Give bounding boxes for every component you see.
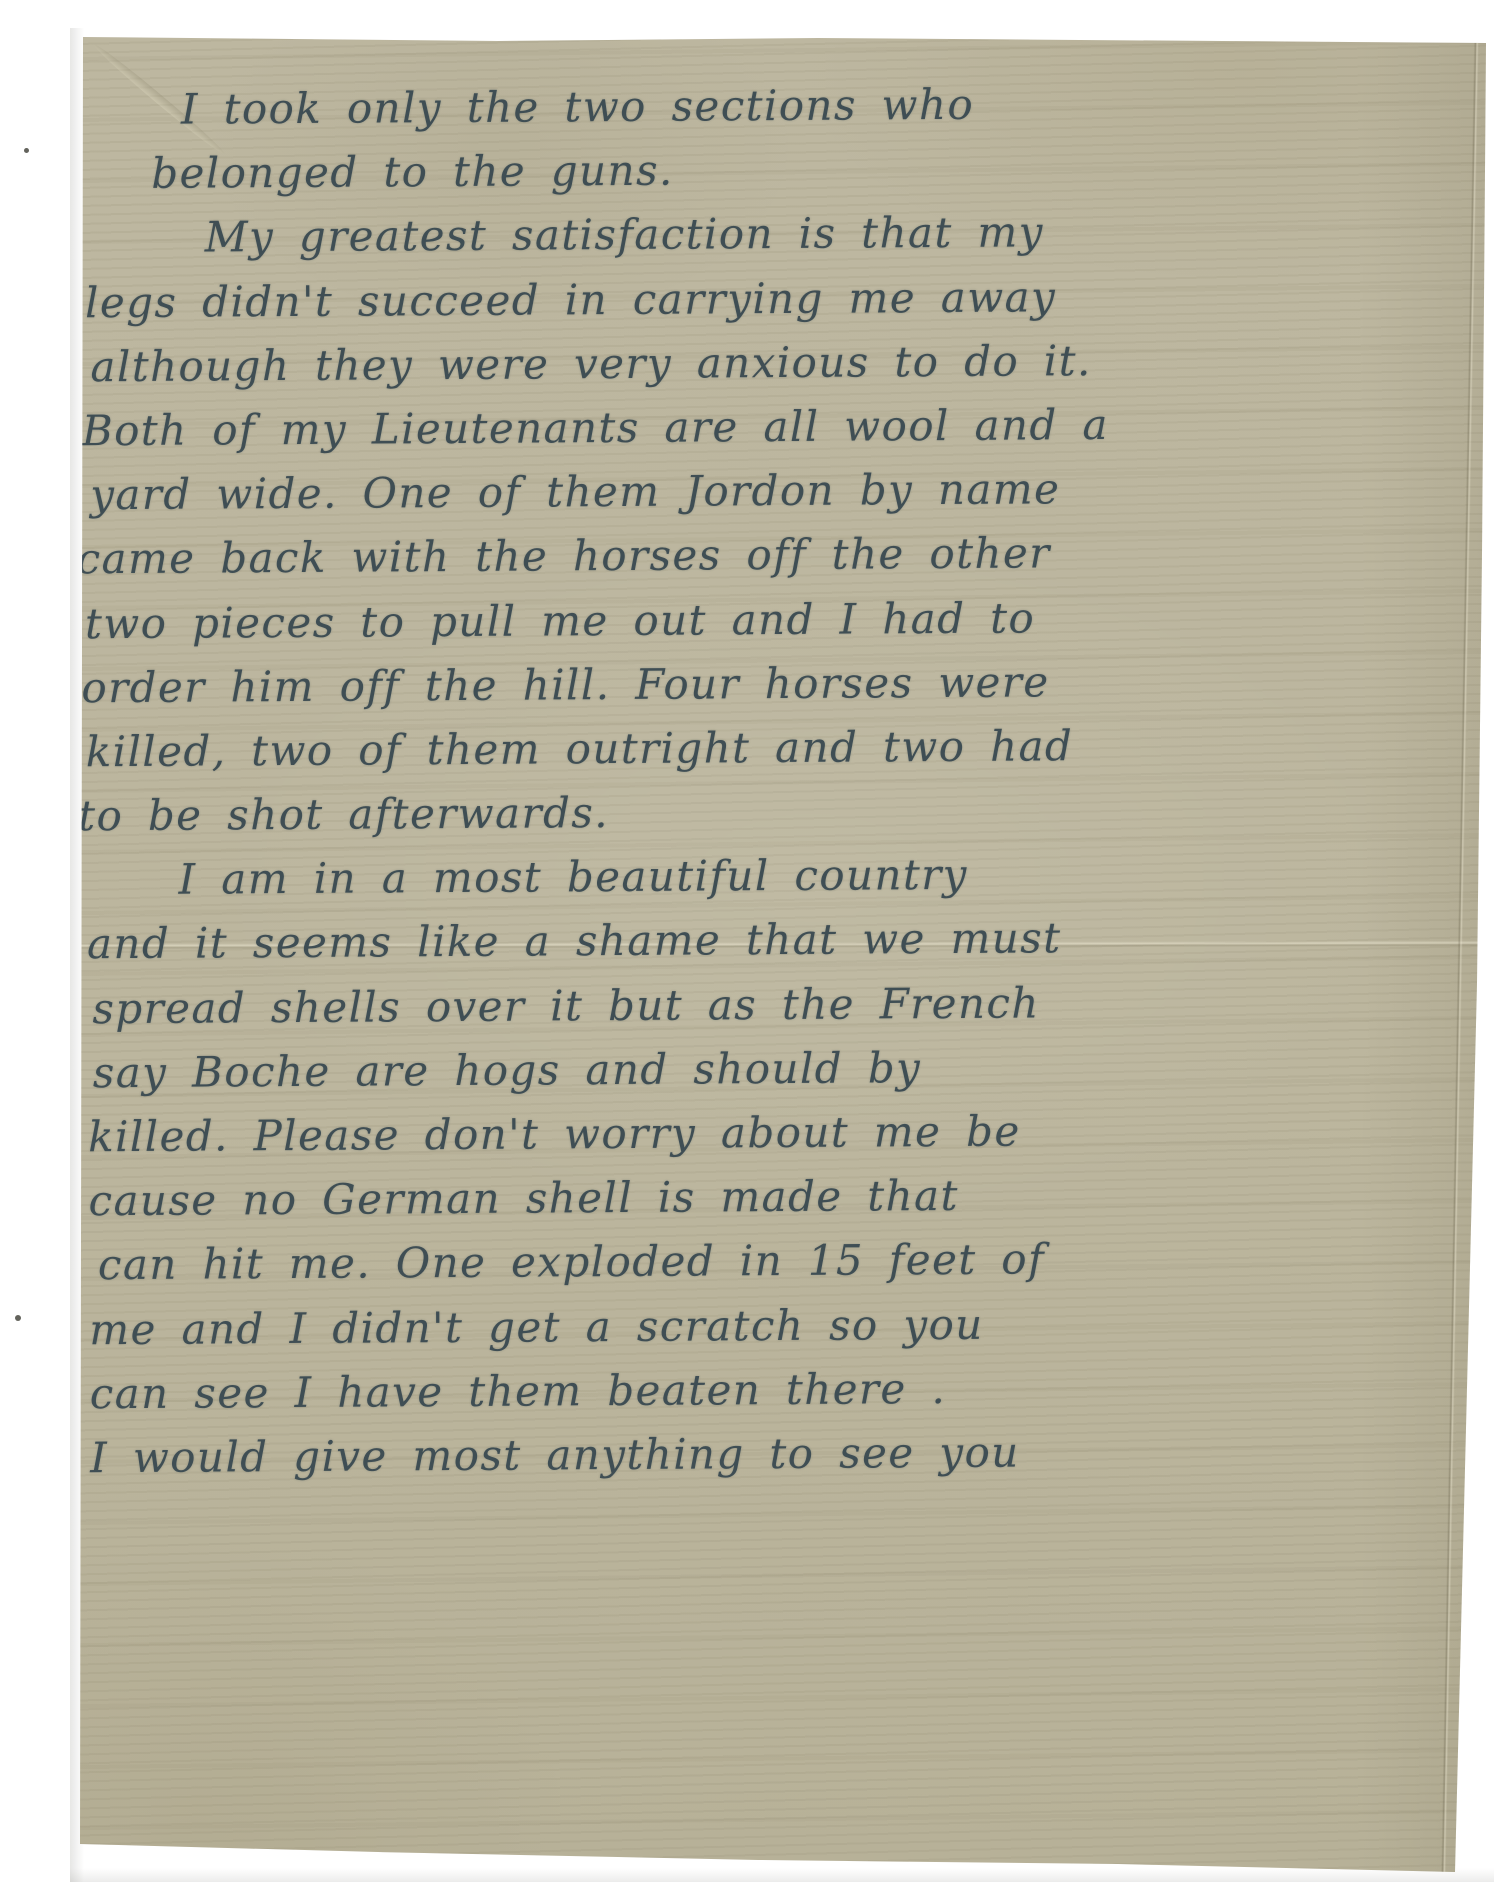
- letter-line: killed, two of them outright and two had: [86, 712, 1490, 785]
- letter-line: legs didn't succeed in carrying me away: [85, 262, 1487, 335]
- letter-line: to be shot afterwards.: [78, 776, 1490, 849]
- letter-line: killed. Please don't worry about me be: [88, 1097, 1492, 1170]
- ink-speck: [15, 1315, 21, 1321]
- letter-line: two pieces to pull me out and I had to: [85, 583, 1489, 656]
- letter-line: yard wide. One of them Jordon by name: [90, 455, 1488, 528]
- letter-line: belonged to the guns.: [151, 134, 1486, 206]
- letter-line: My greatest satisfaction is that my: [204, 198, 1486, 270]
- letter-line: me and I didn't get a scratch so you: [89, 1289, 1493, 1362]
- ink-speck: [24, 148, 29, 153]
- letter-line: cause no German shell is made that: [88, 1161, 1492, 1234]
- letter-line: order him off the hill. Four horses were: [81, 647, 1489, 720]
- letter-line: came back with the horses off the other: [76, 519, 1488, 592]
- handwritten-letter-body: I took only the two sections who belonge…: [74, 70, 1495, 1491]
- letter-line: Both of my Lieutenants are all wool and …: [82, 391, 1488, 464]
- letter-line: can hit me. One exploded in 15 feet of: [98, 1225, 1493, 1298]
- letter-line: I am in a most beautiful country: [178, 840, 1490, 912]
- letter-line: I would give most anything to see you: [90, 1418, 1494, 1491]
- letter-line: spread shells over it but as the French: [92, 968, 1491, 1041]
- letter-line: and it seems like a shame that we must: [87, 904, 1491, 977]
- letter-line: say Boche are hogs and should by: [93, 1032, 1492, 1105]
- letter-paper-sheet: I took only the two sections who belonge…: [78, 34, 1490, 1876]
- letter-line: although they were very anxious to do it…: [90, 326, 1487, 399]
- letter-line: I took only the two sections who: [181, 70, 1486, 142]
- letter-line: can see I have them beaten there .: [90, 1353, 1494, 1426]
